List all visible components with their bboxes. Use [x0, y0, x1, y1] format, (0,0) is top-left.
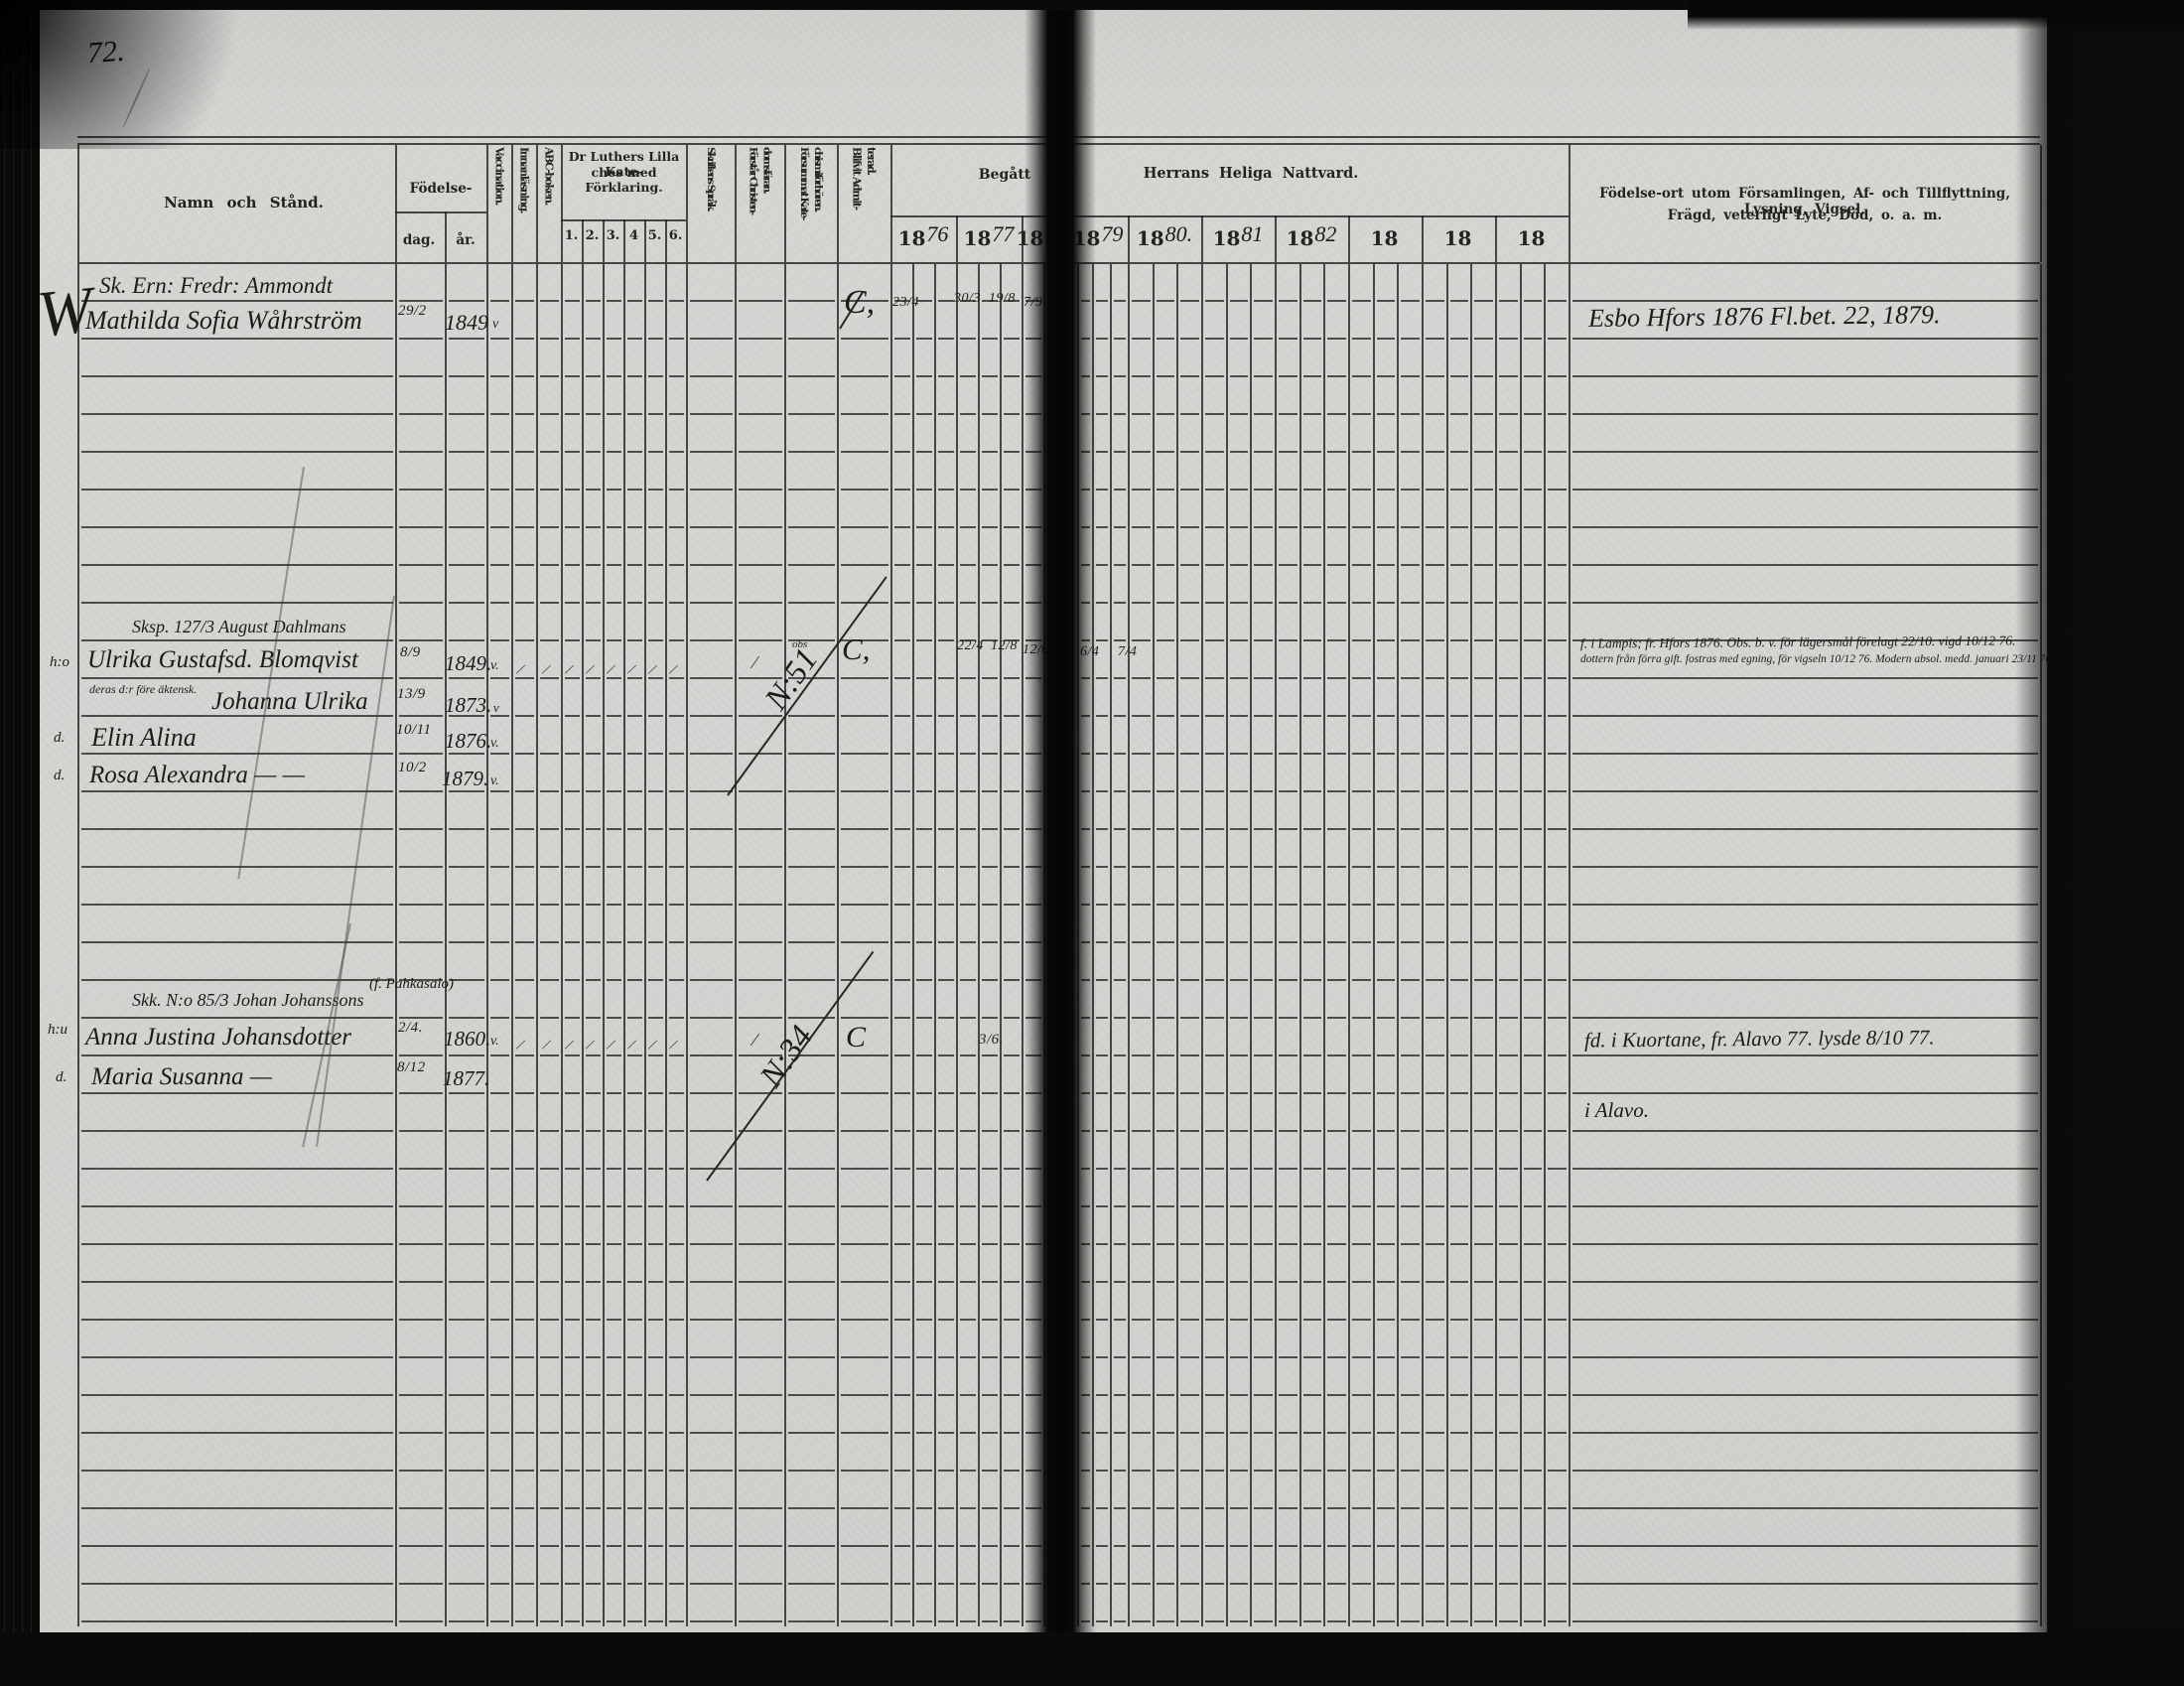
year-printed: 18	[1518, 226, 1546, 250]
year-printed: 18	[1213, 226, 1241, 250]
grid-line	[623, 264, 625, 1626]
grid-line	[1495, 264, 1497, 1626]
grid-line	[1520, 264, 1522, 1626]
grid-line	[837, 264, 839, 1626]
col-header-nattvard: Herrans Heliga Nattvard.	[1142, 165, 1360, 182]
grid-line	[784, 264, 786, 1626]
row-lines-column	[916, 264, 932, 1626]
grid-line	[1000, 264, 1002, 1626]
col-header-forsummat-line2: chismiförhören.	[812, 147, 823, 260]
entry3-household-header: Skk. N:o 85/3 Johan Johanssons	[132, 991, 363, 1009]
row-lines-column	[1499, 264, 1518, 1626]
row-lines-column	[1180, 264, 1199, 1626]
row-lines-column	[1254, 264, 1273, 1626]
year-label: 18	[1421, 226, 1496, 250]
col-header-innanlasning: Innanläsning.	[511, 147, 536, 260]
col-header-forstar-line1: Förstår Christen-	[747, 147, 757, 260]
col-header-skriftens-label: Skriftens Språk.	[705, 147, 716, 260]
col-header-forsummat-line1: Försummat Kate-	[798, 147, 809, 260]
col-header-abc-boken-label: ABC-boken.	[543, 147, 555, 260]
grid-line	[1299, 264, 1301, 1626]
grid-line	[1128, 264, 1130, 1626]
row-lines-column	[1572, 264, 2038, 1626]
entry2-household-header: Sksp. 127/3 August Dahlmans	[132, 618, 346, 635]
grid-line	[1470, 264, 1472, 1626]
col-header-kateches-line2: ches med Förklaring.	[562, 165, 686, 195]
grid-line	[536, 264, 538, 1626]
entry3-anna-margin: h:u	[48, 1023, 68, 1038]
year-written: 76	[926, 223, 948, 245]
entry1-begatt-1876: 23/4	[892, 296, 919, 310]
entry3-maria-birth-year: 1877.	[443, 1068, 489, 1089]
entry1-birth-year: 1849	[445, 312, 488, 334]
entry1-begatt-1877b: 19/8	[989, 292, 1016, 306]
entry1-name: Mathilda Sofia Wåhrström	[85, 308, 362, 334]
entry2-begatt-1877b: 12/8	[991, 639, 1018, 653]
entry2-rosa-birth-year: 1879.	[442, 769, 488, 789]
grid-line	[890, 264, 892, 1626]
entry1-birth-day: 29/2	[398, 304, 427, 319]
grid-line	[1348, 264, 1350, 1626]
grid-line	[1201, 264, 1203, 1626]
entry3-maria-name: Maria Susanna —	[91, 1064, 272, 1089]
row-lines-column	[1114, 264, 1126, 1626]
entry2-rosa-name: Rosa Alexandra — —	[89, 763, 305, 787]
entry1-vaccination-mark: v	[492, 318, 498, 332]
grid-line	[511, 264, 513, 1626]
year-written: 81	[1241, 223, 1263, 245]
row-lines-column	[1401, 264, 1420, 1626]
entry2-johanna-birth-day: 13/9	[397, 687, 426, 702]
row-lines-column	[648, 264, 663, 1626]
grid-line	[561, 264, 563, 1626]
col-header-forsummat: Försummat Kate-chismiförhören.	[784, 147, 837, 260]
row-lines-column	[607, 264, 621, 1626]
year-written: 82	[1314, 223, 1336, 245]
grid-line	[395, 264, 397, 1626]
grid-line	[1022, 264, 1024, 1626]
grid-line	[486, 264, 488, 1626]
entry2-forstar-mark: ⁄	[753, 653, 756, 671]
col-header-namn: Namn och Stånd.	[92, 194, 395, 211]
col-header-forstar: Förstår Christen-domsläran.	[735, 147, 784, 260]
row-lines-column	[1450, 264, 1468, 1626]
grid-line	[1176, 264, 1178, 1626]
year-printed: 18	[1137, 226, 1164, 250]
grid-line	[1250, 264, 1252, 1626]
row-lines-column	[1279, 264, 1297, 1626]
col-header-innanlasning-label: Innanläsning.	[518, 147, 530, 260]
entry3-anna-birth-day: 2/4.	[398, 1021, 423, 1036]
year-label: 1881	[1200, 226, 1276, 250]
grid-line	[77, 264, 79, 1626]
book-edge-right	[2015, 0, 2184, 1686]
grid-line	[395, 211, 486, 213]
entry1-begatt-1877a: 30/3	[954, 292, 981, 306]
year-label: 18	[1494, 226, 1570, 250]
grid-line	[956, 264, 958, 1626]
row-lines-column	[739, 264, 782, 1626]
entry2-blomqvist-birth-day: 8/9	[400, 645, 421, 660]
grid-line	[445, 264, 447, 1626]
kateches-num-4: 4	[623, 228, 644, 243]
entry3-anna-name: Anna Justina Johansdotter	[85, 1025, 351, 1050]
grid-line	[890, 215, 1569, 217]
entry2-blomqvist-margin: h:o	[50, 655, 69, 670]
entry2-remarks-line2: dottern från förra gift. fostras med egn…	[1580, 654, 2054, 666]
year-printed: 18	[1444, 226, 1472, 250]
row-lines-column	[565, 264, 580, 1626]
grid-line	[665, 264, 667, 1626]
entry2-elin-margin: d.	[54, 731, 65, 746]
row-lines-column	[1157, 264, 1174, 1626]
row-lines-column	[1548, 264, 1567, 1626]
row-lines-column	[449, 264, 484, 1626]
grid-line	[1569, 264, 1570, 1626]
col-header-dag: dag.	[396, 232, 442, 248]
row-lines-column	[1426, 264, 1444, 1626]
grid-line	[1226, 264, 1228, 1626]
row-lines-column	[894, 264, 910, 1626]
entry3-maria-margin: d.	[56, 1070, 67, 1085]
year-printed: 18	[1287, 226, 1314, 250]
book-edge-left	[0, 0, 40, 1686]
entry1-remarks: Esbo Hfors 1876 Fl.bet. 22, 1879.	[1588, 302, 1941, 332]
entry2-johanna-vaccination-mark: v	[493, 701, 499, 714]
row-lines-column	[669, 264, 684, 1626]
grid-line	[1422, 264, 1424, 1626]
grid-line	[1323, 264, 1325, 1626]
kateches-num-6: 6.	[665, 228, 686, 243]
row-lines-column	[982, 264, 998, 1626]
grid-line	[912, 264, 914, 1626]
entry2-elin-name: Elin Alina	[91, 725, 197, 751]
book-edge-bottom	[0, 1632, 2184, 1686]
entry2-blomqvist-vaccination-mark: v.	[490, 659, 499, 673]
year-label: 18	[1347, 226, 1423, 250]
row-lines-column	[690, 264, 733, 1626]
entry3-begatt-1877: 3/6.	[979, 1033, 1004, 1048]
kateches-num-2: 2.	[582, 228, 603, 243]
entry2-admitterad-mark: C,	[842, 633, 870, 664]
grid-line	[1544, 264, 1546, 1626]
row-lines-column	[1327, 264, 1346, 1626]
row-lines-column	[1352, 264, 1371, 1626]
row-lines-column	[540, 264, 559, 1626]
entry2-note: deras d:r före äktensk.	[89, 683, 197, 695]
grid-line	[978, 264, 980, 1626]
entry2-begatt-1877a: 22/4	[957, 639, 984, 653]
row-lines-column	[1524, 264, 1542, 1626]
entry2-johanna-birth-year: 1873.	[445, 695, 491, 716]
row-lines-column	[1132, 264, 1151, 1626]
col-header-vaccination-label: Vaccination.	[493, 147, 505, 260]
entry2-blomqvist-birth-year: 1849.	[445, 653, 491, 674]
entry2-johanna-name: Johanna Ulrika	[211, 689, 368, 714]
row-lines-column	[627, 264, 642, 1626]
col-header-skriftens: Skriftens Språk.	[686, 147, 735, 260]
entry3-remarks-line1: fd. i Kuortane, fr. Alavo 77. lysde 8/10…	[1584, 1027, 1935, 1051]
col-header-vaccination: Vaccination.	[486, 147, 511, 260]
col-header-abc-boken: ABC-boken.	[536, 147, 561, 260]
kateches-num-1: 1.	[561, 228, 582, 243]
entry2-blomqvist-name: Ulrika Gustafsd. Blomqvist	[87, 647, 358, 672]
col-header-fodelse: Födelse-	[395, 181, 486, 197]
year-label: 1876	[886, 226, 961, 250]
grid-line	[934, 264, 936, 1626]
entry3-anna-vaccination-mark: v.	[490, 1035, 499, 1049]
scanned-parish-register: 18761877187818791880.18811882181818⁄⁄⁄⁄⁄…	[0, 0, 2184, 1686]
scan-shadow-corner	[0, 0, 298, 149]
year-label: 1882	[1274, 226, 1349, 250]
col-header-remarks-line2: Frägd, veterligt Lyte, Död, o. a. m.	[1576, 208, 2033, 223]
row-lines-column	[938, 264, 954, 1626]
entry3-anna-birth-year: 1860.	[444, 1029, 490, 1050]
grid-line	[1110, 264, 1112, 1626]
grid-line	[735, 264, 737, 1626]
row-lines-column	[960, 264, 976, 1626]
entry3-remarks-line2: i Alavo.	[1584, 1100, 1649, 1121]
entry3-forstar-mark: ⁄	[753, 1031, 756, 1049]
book-gutter	[1024, 0, 1096, 1634]
kateches-num-3: 3.	[603, 228, 623, 243]
row-lines-column	[399, 264, 443, 1626]
row-lines-column	[586, 264, 601, 1626]
grid-line	[561, 219, 686, 221]
year-written: 79	[1101, 223, 1123, 245]
entry3-admitterad-mark: C	[846, 1023, 866, 1053]
grid-line	[603, 264, 605, 1626]
grid-line	[644, 264, 646, 1626]
entry2-rosa-birth-day: 10/2	[398, 761, 427, 775]
col-header-admitterad: Blifvit Admit-terad.	[837, 147, 890, 260]
grid-line	[1446, 264, 1448, 1626]
col-header-forstar-line2: domsläran.	[761, 147, 772, 260]
entry2-rosa-margin: d.	[54, 769, 65, 783]
row-lines-column	[1474, 264, 1493, 1626]
entry2-elin-vaccination-mark: v.	[490, 737, 499, 751]
entry2-rosa-vaccination-mark: v.	[490, 774, 499, 788]
entry3-maria-birth-day: 8/12	[397, 1060, 426, 1075]
grid-line	[1373, 264, 1375, 1626]
row-lines-column	[1096, 264, 1108, 1626]
col-header-ar: år.	[446, 232, 485, 248]
row-lines-column	[1230, 264, 1248, 1626]
entry2-remarks-line1: f. i Lampis; fr. Hfors 1876. Obs. b. v. …	[1580, 633, 2015, 650]
grid-line	[582, 264, 584, 1626]
entry2-elin-birth-day: 10/11	[396, 723, 432, 738]
grid-line	[1153, 264, 1155, 1626]
row-lines-column	[515, 264, 534, 1626]
grid-line	[1397, 264, 1399, 1626]
row-lines-column	[490, 264, 509, 1626]
scan-shadow-corner	[1688, 0, 2184, 30]
year-printed: 18	[964, 226, 992, 250]
year-written: 80.	[1165, 223, 1193, 245]
row-lines-column	[788, 264, 835, 1626]
grid-line	[77, 145, 79, 262]
row-lines-column	[1303, 264, 1321, 1626]
col-header-admitterad-line1: Blifvit Admit-	[851, 147, 863, 260]
year-printed: 18	[898, 226, 926, 250]
col-header-admitterad-line2: terad.	[866, 147, 878, 260]
grid-line	[686, 264, 688, 1626]
entry3-paren-note: (f. Pahkasalo)	[369, 977, 454, 992]
entry2-begatt-1880: 7/4	[1118, 645, 1137, 659]
year-label: 1880.	[1127, 226, 1202, 250]
row-lines-column	[1377, 264, 1395, 1626]
row-lines-column	[841, 264, 888, 1626]
year-printed: 18	[1371, 226, 1399, 250]
entry2-elin-birth-year: 1876.	[445, 731, 491, 752]
grid-line	[1275, 264, 1277, 1626]
kateches-num-5: 5.	[644, 228, 665, 243]
row-lines-column	[1205, 264, 1224, 1626]
row-lines-column	[1004, 264, 1020, 1626]
entry1-household-header: Sk. Ern: Fredr: Ammondt	[99, 274, 333, 297]
